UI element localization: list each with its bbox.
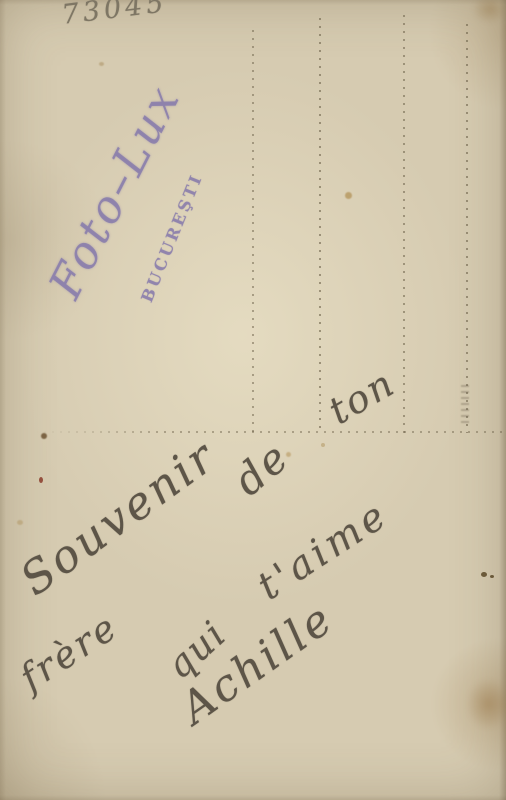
address-guide-line-3 — [403, 15, 405, 433]
address-guide-line-4 — [466, 24, 468, 433]
postcard-back: 73045 Foto–Lux BUCUREŞTI Souvenir de ton… — [0, 0, 506, 800]
address-guide-line-1 — [252, 30, 254, 433]
printer-mark — [461, 385, 469, 423]
divider-guide-line — [36, 431, 506, 433]
age-stain — [466, 678, 506, 730]
age-spot — [39, 477, 43, 483]
address-guide-line-2 — [319, 18, 321, 433]
handwritten-word-ton: ton — [321, 361, 402, 433]
age-spot — [41, 433, 47, 439]
age-spot — [99, 62, 104, 66]
age-stain — [472, 0, 506, 24]
age-spot — [345, 192, 352, 199]
catalog-number: 73045 — [60, 0, 169, 31]
handwritten-word-frere: frère — [12, 605, 126, 700]
stamp-city-name: BUCUREŞTI — [137, 170, 206, 305]
handwritten-word-taime: t'aime — [250, 492, 397, 609]
handwritten-word-souvenir: Souvenir — [10, 429, 225, 606]
age-spot — [321, 443, 325, 447]
age-spot — [481, 572, 487, 577]
age-spot — [17, 520, 23, 525]
handwritten-word-de: de — [224, 432, 298, 505]
